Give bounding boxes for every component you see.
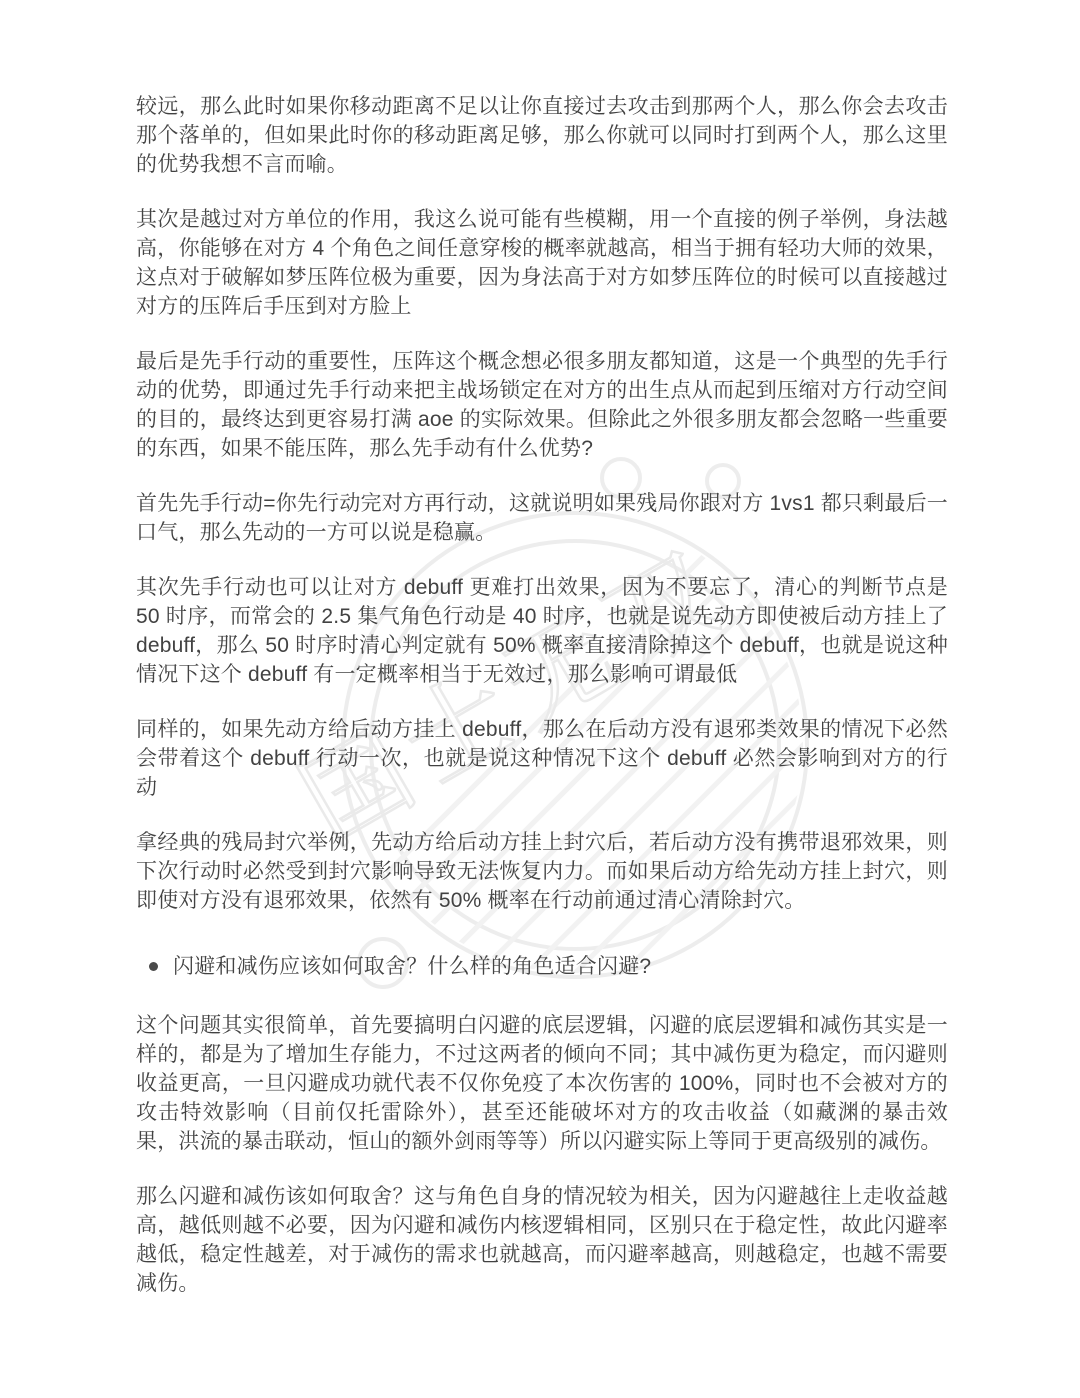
bullet-list-item: 闪避和减伤应该如何取舍？什么样的角色适合闪避? bbox=[136, 952, 948, 981]
paragraph: 同样的，如果先动方给后动方挂上 debuff，那么在后动方没有退邪类效果的情况下… bbox=[136, 715, 948, 802]
bullet-item-text: 闪避和减伤应该如何取舍？什么样的角色适合闪避? bbox=[173, 955, 651, 978]
paragraph: 其次是越过对方单位的作用，我这么说可能有些模糊，用一个直接的例子举例，身法越高，… bbox=[136, 205, 948, 321]
paragraph: 最后是先手行动的重要性，压阵这个概念想必很多朋友都知道，这是一个典型的先手行动的… bbox=[136, 347, 948, 463]
paragraph: 那么闪避和减伤该如何取舍？这与角色自身的情况较为相关，因为闪避越往上走收益越高，… bbox=[136, 1182, 948, 1298]
bullet-dot-icon bbox=[149, 962, 158, 971]
article-body: 较远，那么此时如果你移动距离不足以让你直接过去攻击到那两个人，那么你会去攻击那个… bbox=[136, 92, 948, 1324]
paragraph: 其次先手行动也可以让对方 debuff 更难打出效果，因为不要忘了，清心的判断节… bbox=[136, 573, 948, 689]
document-page: 国士无双 较远，那么此时如果你移动距离不足以让你直接过去攻击到那两个人，那么你会… bbox=[0, 0, 1080, 1398]
paragraph: 拿经典的残局封穴举例，先动方给后动方挂上封穴后，若后动方没有携带退邪效果，则下次… bbox=[136, 828, 948, 915]
paragraph: 较远，那么此时如果你移动距离不足以让你直接过去攻击到那两个人，那么你会去攻击那个… bbox=[136, 92, 948, 179]
paragraph: 这个问题其实很简单，首先要搞明白闪避的底层逻辑，闪避的底层逻辑和减伤其实是一样的… bbox=[136, 1011, 948, 1156]
paragraph: 首先先手行动=你先行动完对方再行动，这就说明如果残局你跟对方 1vs1 都只剩最… bbox=[136, 489, 948, 547]
